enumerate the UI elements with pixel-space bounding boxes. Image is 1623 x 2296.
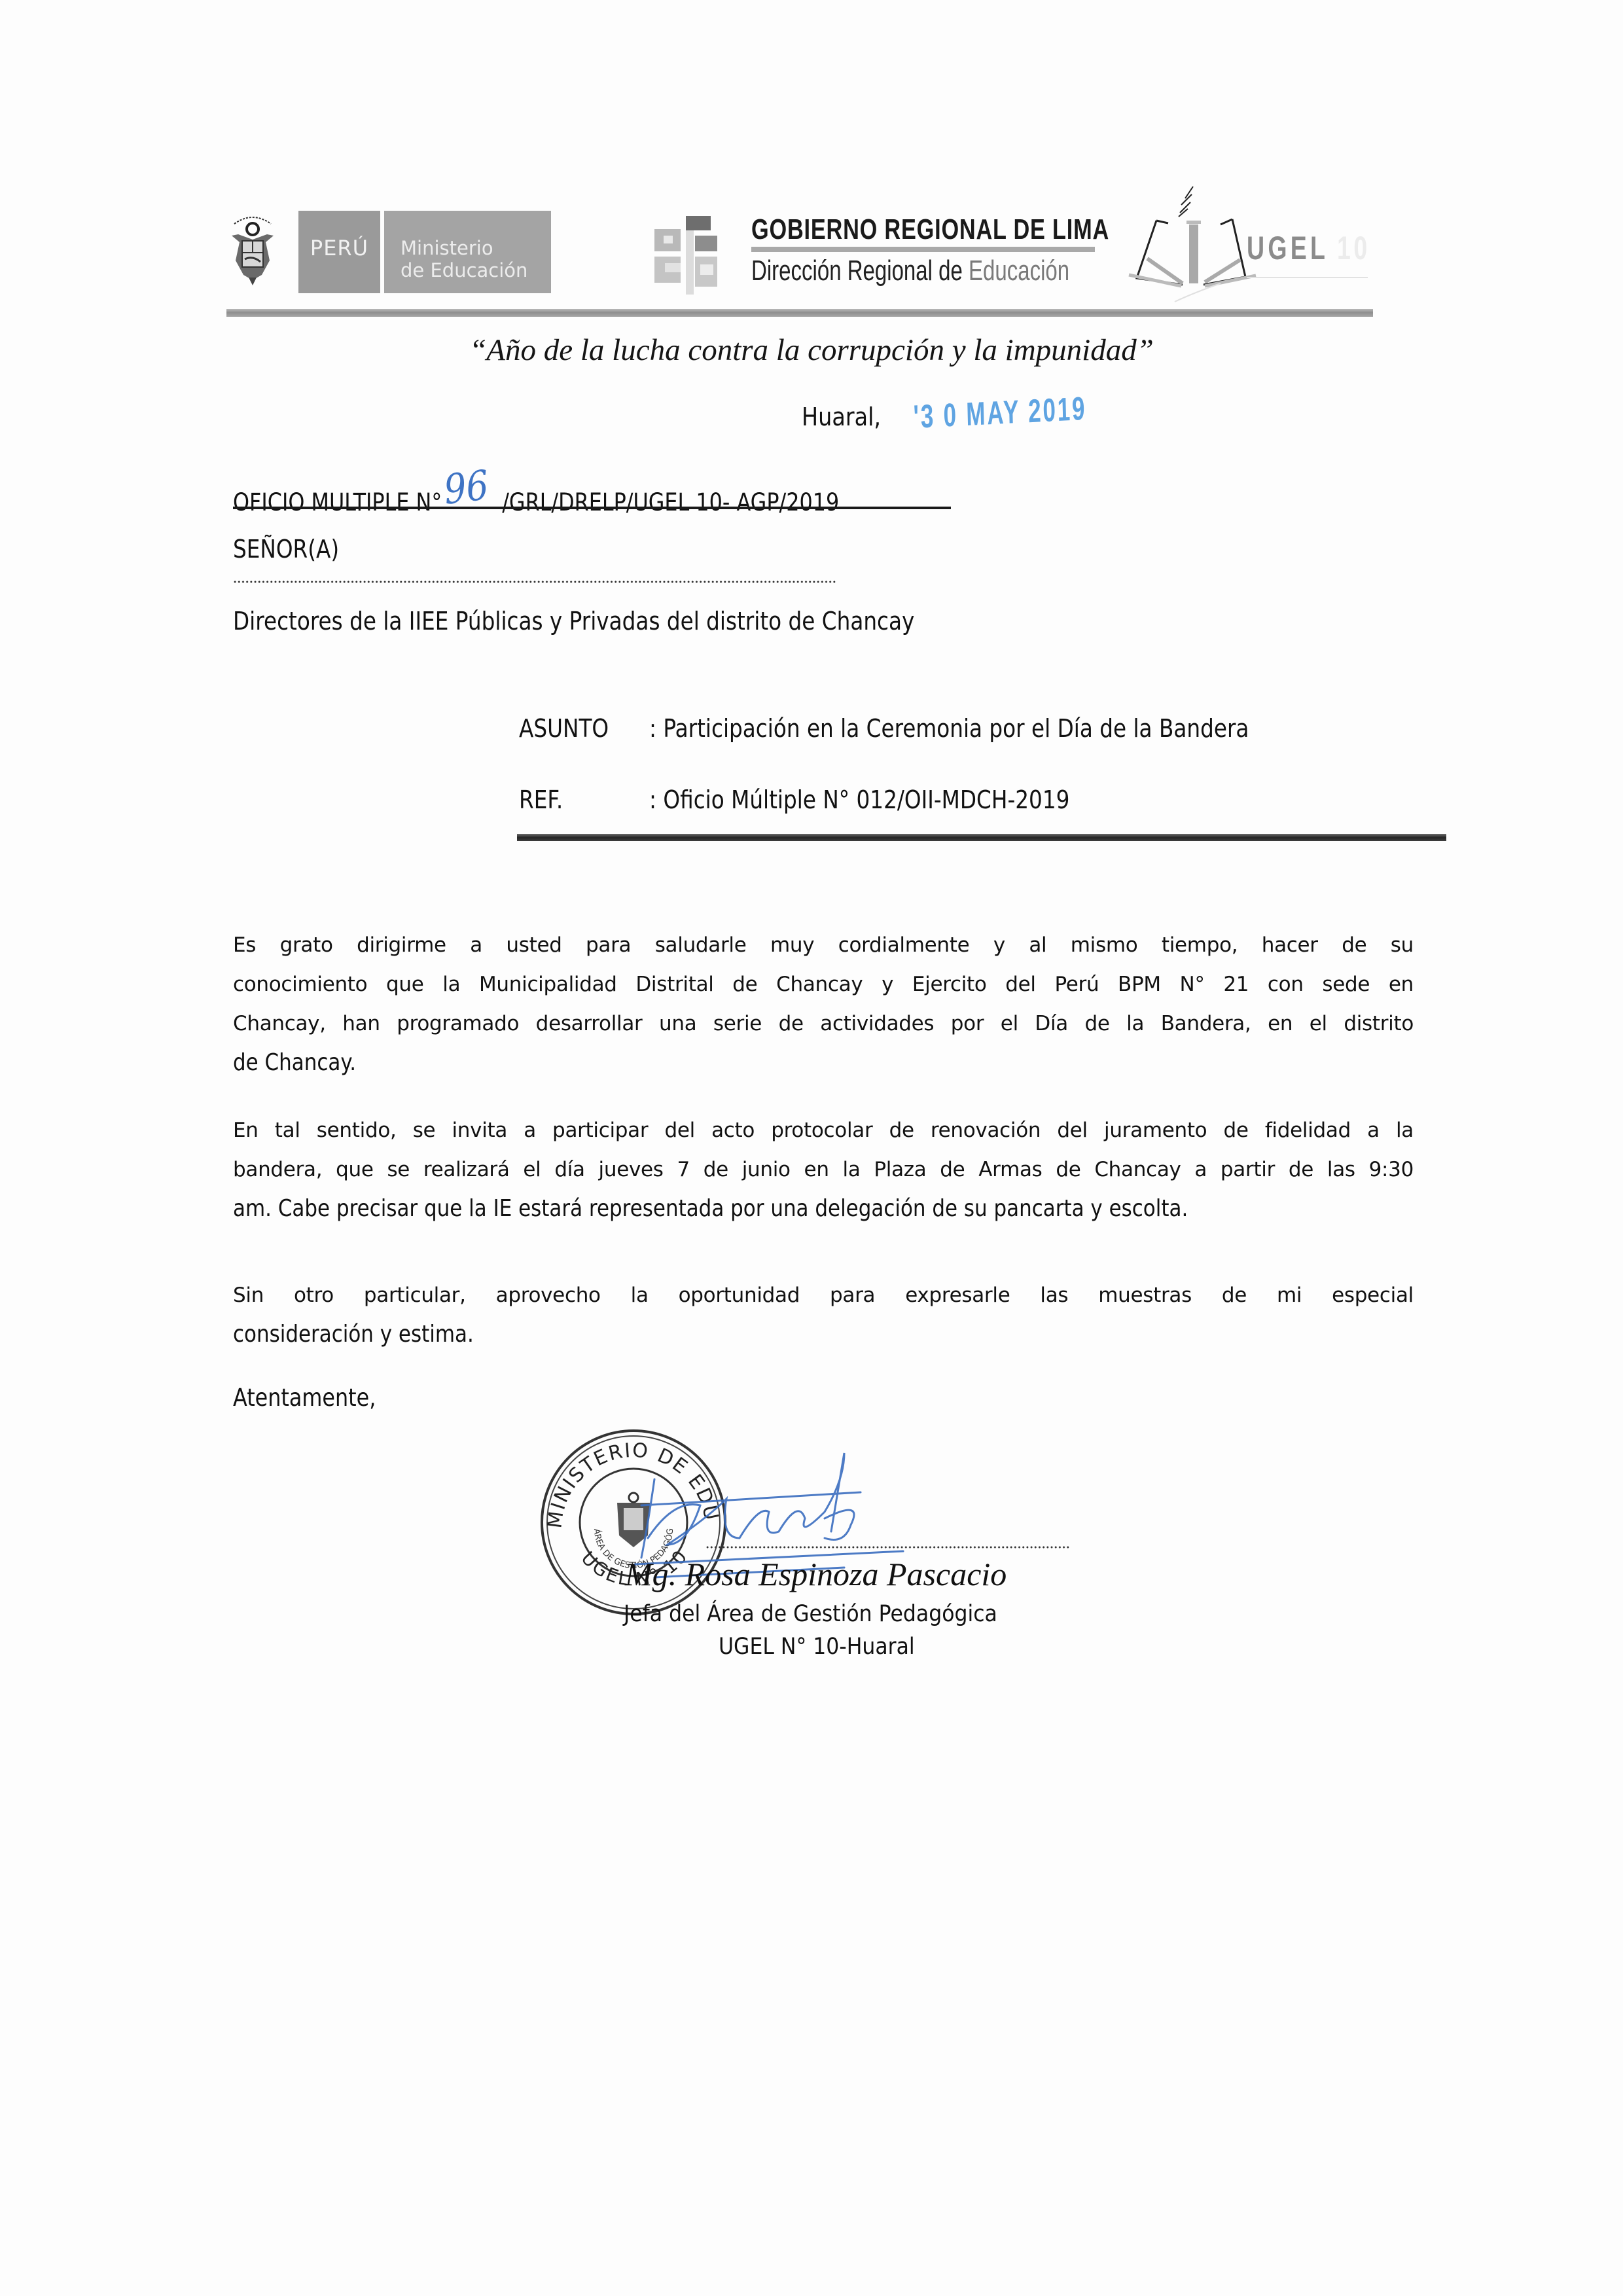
oficio-handwritten-number: 96: [442, 465, 490, 511]
year-motto: “Año de la lucha contra la corrupción y …: [0, 332, 1623, 368]
body-paragraph-1: Es grato dirigirme a usted para saludarl…: [233, 925, 1414, 1083]
grl-title: GOBIERNO REGIONAL DE LIMA: [751, 213, 1109, 246]
document-reference: OFICIO MULTIPLE N°96/GRL/DRELP/UGEL 10- …: [233, 476, 839, 517]
oficio-prefix: OFICIO MULTIPLE N°: [233, 488, 442, 516]
date-stamp: '3 0 MAY 2019: [913, 389, 1087, 436]
subject-value: : Participación en la Ceremonia por el D…: [649, 716, 1249, 741]
subject-label: ASUNTO: [519, 716, 609, 741]
signer-name: Mg. Rosa Espinoza Pascacio: [625, 1555, 1007, 1593]
paragraph-line: de Chancay.: [233, 1043, 1248, 1083]
closing-salutation: Atentamente,: [233, 1386, 376, 1410]
paragraph-line: Chancay, han programado desarrollar una …: [233, 1004, 1414, 1043]
body-paragraph-2: En tal sentido, se invita a participar d…: [233, 1111, 1414, 1229]
paragraph-line: Sin otro particular, aprovecho la oportu…: [233, 1276, 1414, 1315]
signature-line: [705, 1545, 1069, 1549]
oficio-suffix: /GRL/DRELP/UGEL 10- AGP/2019: [502, 488, 839, 516]
grl-subtitle: Dirección Regional de Educación: [751, 255, 1069, 287]
grl-divider: [751, 247, 1095, 252]
grl-emblem-icon: [654, 216, 720, 295]
reference-underline: [233, 507, 951, 509]
ministry-name-line2: de Educación: [401, 259, 527, 281]
paragraph-line: Es grato dirigirme a usted para saludarl…: [233, 925, 1414, 965]
grl-subtitle-prefix: Dirección Regional de: [751, 255, 969, 287]
subject-divider: [517, 834, 1446, 841]
header-divider: [226, 309, 1373, 317]
paragraph-line: bandera, que se realizará el día jueves …: [233, 1150, 1414, 1189]
paragraph-line: am. Cabe precisar que la IE estará repre…: [233, 1189, 1248, 1229]
body-paragraph-3: Sin otro particular, aprovecho la oportu…: [233, 1276, 1414, 1354]
peru-label: PERÚ: [298, 236, 380, 260]
ministry-name-line1: Ministerio: [401, 237, 493, 259]
addressee: Directores de la IIEE Públicas y Privada…: [233, 609, 914, 634]
coat-of-arms-icon: [226, 209, 279, 288]
paragraph-line: En tal sentido, se invita a participar d…: [233, 1111, 1414, 1150]
ugel-name: UGEL: [1247, 229, 1329, 267]
salutation: SEÑOR(A): [233, 537, 339, 562]
signer-title: Jefa del Área de Gestión Pedagógica: [624, 1601, 997, 1627]
paragraph-line: conocimiento que la Municipalidad Distri…: [233, 965, 1414, 1004]
paragraph-line: consideración y estima.: [233, 1315, 1248, 1354]
reference-value: : Oficio Múltiple N° 012/OII-MDCH-2019: [649, 787, 1069, 812]
signer-office: UGEL N° 10-Huaral: [719, 1634, 915, 1660]
place-label: Huaral,: [802, 403, 881, 431]
dotted-line: [233, 580, 836, 584]
reference-label: REF.: [519, 787, 563, 812]
grl-subtitle-highlight: Educación: [969, 255, 1069, 287]
ugel-number: 10: [1337, 229, 1370, 267]
